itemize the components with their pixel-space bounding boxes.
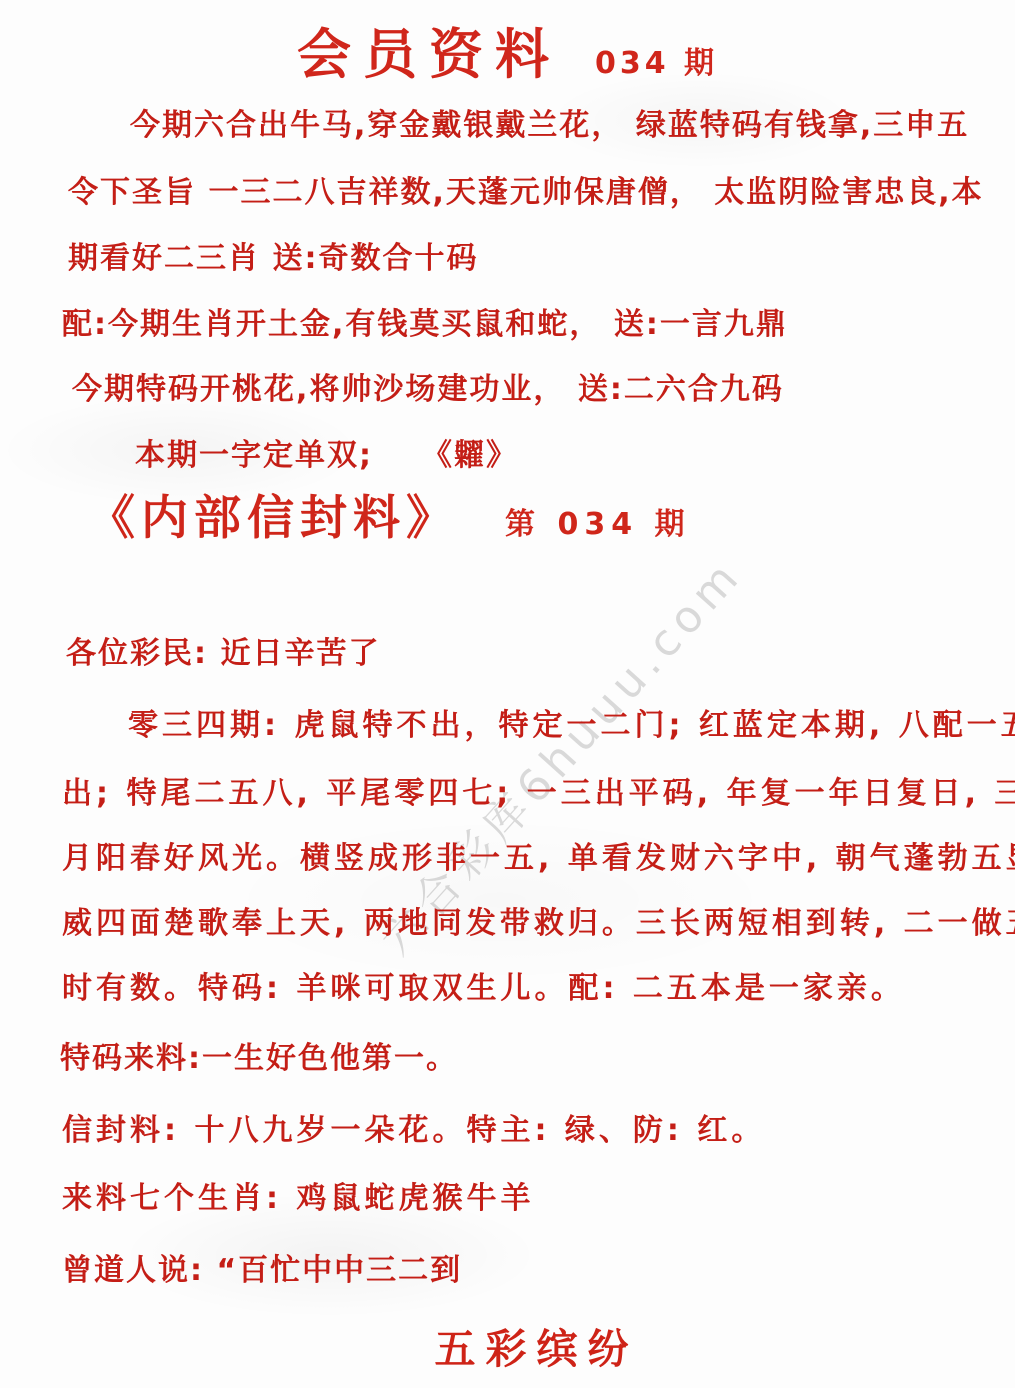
envelope-material-line: 信封料: 十八九岁一朵花。特主: 绿、防: 红。 — [62, 1105, 765, 1149]
greeting-line: 各位彩民: 近日辛苦了 — [66, 628, 380, 672]
member-tip-line: 配:今期生肖开土金,有钱莫买鼠和蛇， 送:一言九鼎 — [62, 299, 788, 343]
member-tip-line: 令下圣旨 一三二八吉祥数,天蓬元帅保唐僧， 太监阴险害忠良,本 — [68, 167, 984, 211]
envelope-tip-line: 零三四期: 虎鼠特不出，特定一二门; 红蓝定本期, 八配一五 — [128, 700, 1015, 744]
quote-line: 曾道人说: “百忙中中三二到 — [62, 1245, 462, 1289]
page-header: 会员资料 034 期 — [0, 12, 1015, 89]
page-title: 会员资料 — [297, 12, 561, 89]
scanned-tip-sheet: 会员资料 034 期 今期六合出牛马,穿金戴银戴兰花， 绿蓝特码有钱拿,三申五 … — [0, 0, 1015, 1388]
member-tip-line: 本期一字定单双; 《糶》 — [135, 430, 518, 474]
envelope-tip-line: 月阳春好风光。横竖成形非一五, 单看发财六字中, 朝气蓬勃五显 — [62, 833, 1015, 877]
envelope-tip-line: 威四面楚歌奉上天, 两地同发带救归。三长两短相到转, 二一做五 — [62, 898, 1015, 942]
envelope-tip-line: 时有数。特码: 羊咪可取双生儿。配: 二五本是一家亲。 — [62, 963, 905, 1007]
special-code-tip-line: 特码来料:一生好色他第一。 — [60, 1033, 458, 1077]
member-tip-line: 期看好二三肖 送:奇数合十码 — [68, 233, 478, 277]
envelope-tip-line: 出; 特尾二五八, 平尾零四七; 一三出平码, 年复一年日复日, 三 — [62, 768, 1015, 812]
footer-slogan: 五彩缤纷 — [0, 1316, 1015, 1375]
envelope-section-title: 《内部信封料》 — [88, 481, 459, 548]
zodiac-list-line: 来料七个生肖: 鸡鼠蛇虎猴牛羊 — [62, 1173, 534, 1217]
envelope-section-header: 《内部信封料》 第 034 期 — [88, 481, 691, 548]
issue-number: 034 期 — [595, 38, 718, 82]
envelope-issue-number: 第 034 期 — [505, 499, 691, 543]
member-tip-line: 今期特码开桃花,将帅沙场建功业， 送:二六合九码 — [72, 364, 784, 408]
member-tip-line: 今期六合出牛马,穿金戴银戴兰花， 绿蓝特码有钱拿,三申五 — [130, 100, 969, 144]
